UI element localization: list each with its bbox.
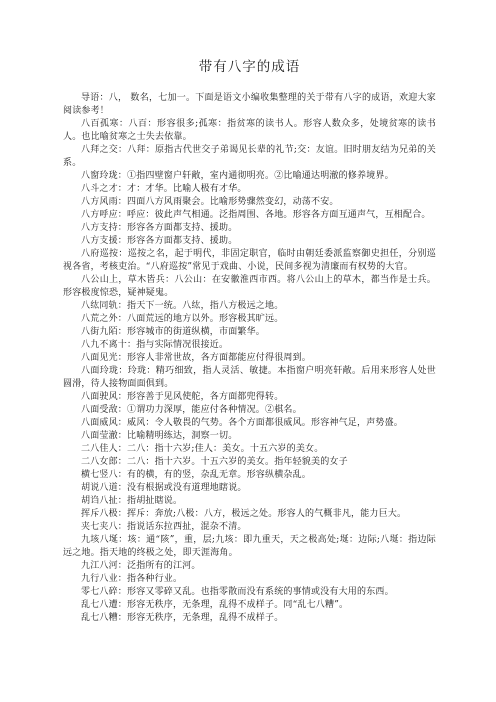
idiom-paragraph: 八纮同轨：指天下一统。八纮，指八方极远之地。 xyxy=(63,300,436,313)
idiom-paragraph: 乱七八糟：形容无秩序，无条理，乱得不成样子。 xyxy=(63,612,436,625)
document-page: 带有八字的成语 导语：八， 数名，七加一。下面是语文小编收集整理的关于带有八字的… xyxy=(0,0,496,702)
idiom-paragraph: 八方支援：形容各方面都支持、援助。 xyxy=(63,235,436,248)
idiom-paragraph: 八公山上，草木皆兵：八公山：在安徽淮西市西。将八公山上的草木，都当作是士兵。形容… xyxy=(63,274,436,300)
idiom-paragraph: 八方呼应：呼应：彼此声气相通。泛指周围、各地。形容各方面互通声气，互相配合。 xyxy=(63,209,436,222)
idiom-paragraph: 八面驶风：形容善于见风使舵，各方面都兜得转。 xyxy=(63,391,436,404)
idiom-paragraph: 八方支持：形容各方面都支持、援助。 xyxy=(63,222,436,235)
idiom-paragraph: 八街九陌：形容城市的街道纵横，市面繁华。 xyxy=(63,326,436,339)
intro-paragraph: 导语：八， 数名，七加一。下面是语文小编收集整理的关于带有八字的成语，欢迎大家阅… xyxy=(63,92,436,118)
idiom-paragraph: 九行八业：指各种行业。 xyxy=(63,573,436,586)
idiom-paragraph: 八面受敌：①谓功力深厚，能应付各种情况。②棋名。 xyxy=(63,404,436,417)
idiom-paragraph: 横七竖八：有的横，有的竖，杂乱无章。形容纵横杂乱。 xyxy=(63,469,436,482)
idiom-paragraph: 夹七夹八：指说话东拉西扯，混杂不清。 xyxy=(63,521,436,534)
idiom-paragraph: 九江八河：泛指所有的江河。 xyxy=(63,560,436,573)
idiom-paragraph: 八九不离十：指与实际情况很接近。 xyxy=(63,339,436,352)
idiom-paragraph: 八拜之交：八拜：原指古代世交子弟谒见长辈的礼节;交：友谊。旧时朋友结为兄弟的关系… xyxy=(63,144,436,170)
idiom-paragraph: 胡说八道：没有根据或没有道理地瞎说。 xyxy=(63,482,436,495)
idiom-paragraph: 八百孤寒：八百：形容很多;孤寒：指贫寒的读书人。形容人数众多，处境贫寒的读书人。… xyxy=(63,118,436,144)
idiom-paragraph: 八面玲珑：玲珑：精巧细致，指人灵活、敏捷。本指窗户明亮轩敞。后用来形容人处世圆滑… xyxy=(63,365,436,391)
idiom-paragraph: 八荒之外：八面荒远的地方以外。形容极其旷远。 xyxy=(63,313,436,326)
idiom-paragraph: 二八女郎：二八：指十六岁。十五六岁的美女。指年轻貌美的女子 xyxy=(63,456,436,469)
idiom-paragraph: 二八佳人：二八：指十六岁;佳人：美女。十五六岁的美女。 xyxy=(63,443,436,456)
document-body: 导语：八， 数名，七加一。下面是语文小编收集整理的关于带有八字的成语，欢迎大家阅… xyxy=(63,92,436,625)
idiom-paragraph: 挥斥八极：挥斥：奔放;八极：八方，极远之处。形容人的气概非凡，能力巨大。 xyxy=(63,508,436,521)
idiom-paragraph: 零七八碎：形容又零碎又乱。也指零散而没有系统的事情或没有大用的东西。 xyxy=(63,586,436,599)
document-title: 带有八字的成语 xyxy=(63,57,436,77)
idiom-paragraph: 八窗玲珑：①指四壁窗户轩敞，室内通彻明亮。②比喻通达明澈的修养境界。 xyxy=(63,170,436,183)
idiom-paragraph: 九垓八埏：垓：通“陔”，重，层;九垓：即九重天，天之极高处;埏：边际;八埏：指边… xyxy=(63,534,436,560)
idiom-paragraph: 八斗之才：才：才华。比喻人极有才华。 xyxy=(63,183,436,196)
idiom-paragraph: 八面莹澈：比喻精明练达，洞察一切。 xyxy=(63,430,436,443)
idiom-paragraph: 乱七八遭：形容无秩序，无条理，乱得不成样子。同“乱七八糟”。 xyxy=(63,599,436,612)
idiom-paragraph: 八面威风：威风：令人敬畏的气势。各个方面都很威风。形容神气足，声势盛。 xyxy=(63,417,436,430)
idiom-paragraph: 胡诌八扯：指胡扯瞎说。 xyxy=(63,495,436,508)
idiom-paragraph: 八府巡按：巡按之名，起于明代，非固定职官，临时由朝廷委派监察御史担任，分别巡视各… xyxy=(63,248,436,274)
idiom-paragraph: 八方风雨：四面八方风雨聚会。比喻形势骤然变幻，动荡不安。 xyxy=(63,196,436,209)
idiom-paragraph: 八面见光：形容人非常世故，各方面都能应付得很周到。 xyxy=(63,352,436,365)
